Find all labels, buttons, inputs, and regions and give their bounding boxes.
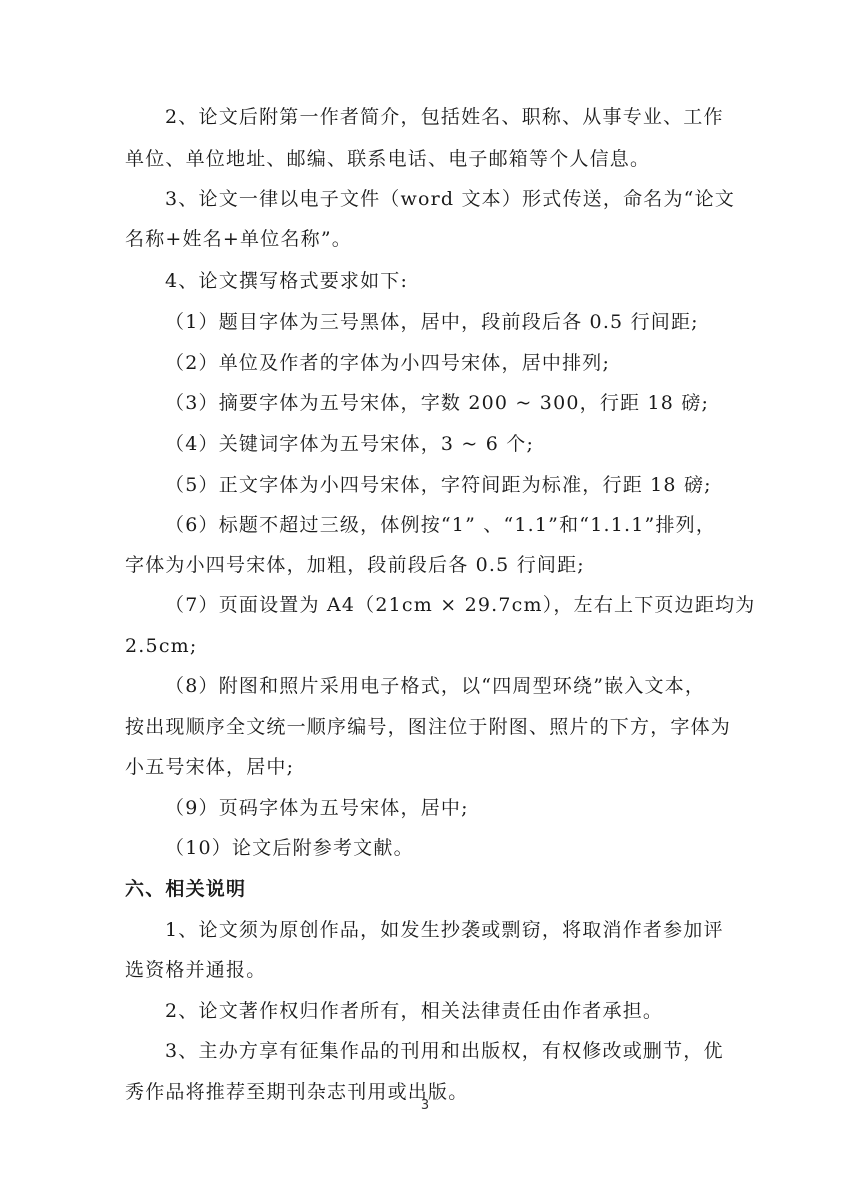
list-item: （1）题目字体为三号黑体，居中，段前段后各 0.5 行间距; <box>165 309 699 335</box>
paragraph-line: 2、论文著作权归作者所有，相关法律责任由作者承担。 <box>165 998 663 1024</box>
list-item: （9）页码字体为五号宋体，居中; <box>165 795 469 821</box>
section-heading: 六、相关说明 <box>125 876 246 902</box>
list-item: （6）标题不超过三级，体例按“1” 、“1.1”和“1.1.1”排列， <box>165 512 716 538</box>
paragraph-line: 单位、单位地址、邮编、联系电话、电子邮箱等个人信息。 <box>125 146 650 172</box>
paragraph-line: 1、论文须为原创作品，如发生抄袭或剽窃，将取消作者参加评 <box>165 917 724 943</box>
list-item: （4）关键词字体为五号宋体，3 ~ 6 个; <box>165 431 534 457</box>
paragraph-line: 4、论文撰写格式要求如下: <box>165 268 408 294</box>
list-item-continuation: 2.5cm; <box>125 633 197 659</box>
list-item: （8）附图和照片采用电子格式，以“四周型环绕”嵌入文本， <box>165 673 705 699</box>
list-item-continuation: 小五号宋体，居中; <box>125 754 294 780</box>
list-item-continuation: 字体为小四号宋体，加粗，段前段后各 0.5 行间距; <box>125 552 585 578</box>
list-item: （5）正文字体为小四号宋体，字符间距为标准，行距 18 磅; <box>165 472 712 498</box>
paragraph-line: 3、主办方享有征集作品的刊用和出版权，有权修改或删节，优 <box>165 1038 724 1064</box>
paragraph-line: 名称+姓名+单位名称”。 <box>125 226 352 252</box>
list-item-continuation: 按出现顺序全文统一顺序编号，图注位于附图、照片的下方，字体为 <box>125 714 731 740</box>
document-page: 2、论文后附第一作者简介，包括姓名、职称、从事专业、工作 单位、单位地址、邮编、… <box>0 0 850 1202</box>
list-item: （2）单位及作者的字体为小四号宋体，居中排列; <box>165 350 610 376</box>
page-number: 3 <box>0 1098 850 1113</box>
paragraph-line: 选资格并通报。 <box>125 957 266 983</box>
list-item: （7）页面设置为 A4（21cm × 29.7cm），左右上下页边距均为 <box>165 592 755 618</box>
paragraph-line: 3、论文一律以电子文件（word 文本）形式传送，命名为“论文 <box>165 186 735 212</box>
list-item: （3）摘要字体为五号宋体，字数 200 ~ 300，行距 18 磅; <box>165 390 709 416</box>
paragraph-line: 2、论文后附第一作者简介，包括姓名、职称、从事专业、工作 <box>165 104 724 130</box>
list-item: （10）论文后附参考文献。 <box>165 835 414 861</box>
